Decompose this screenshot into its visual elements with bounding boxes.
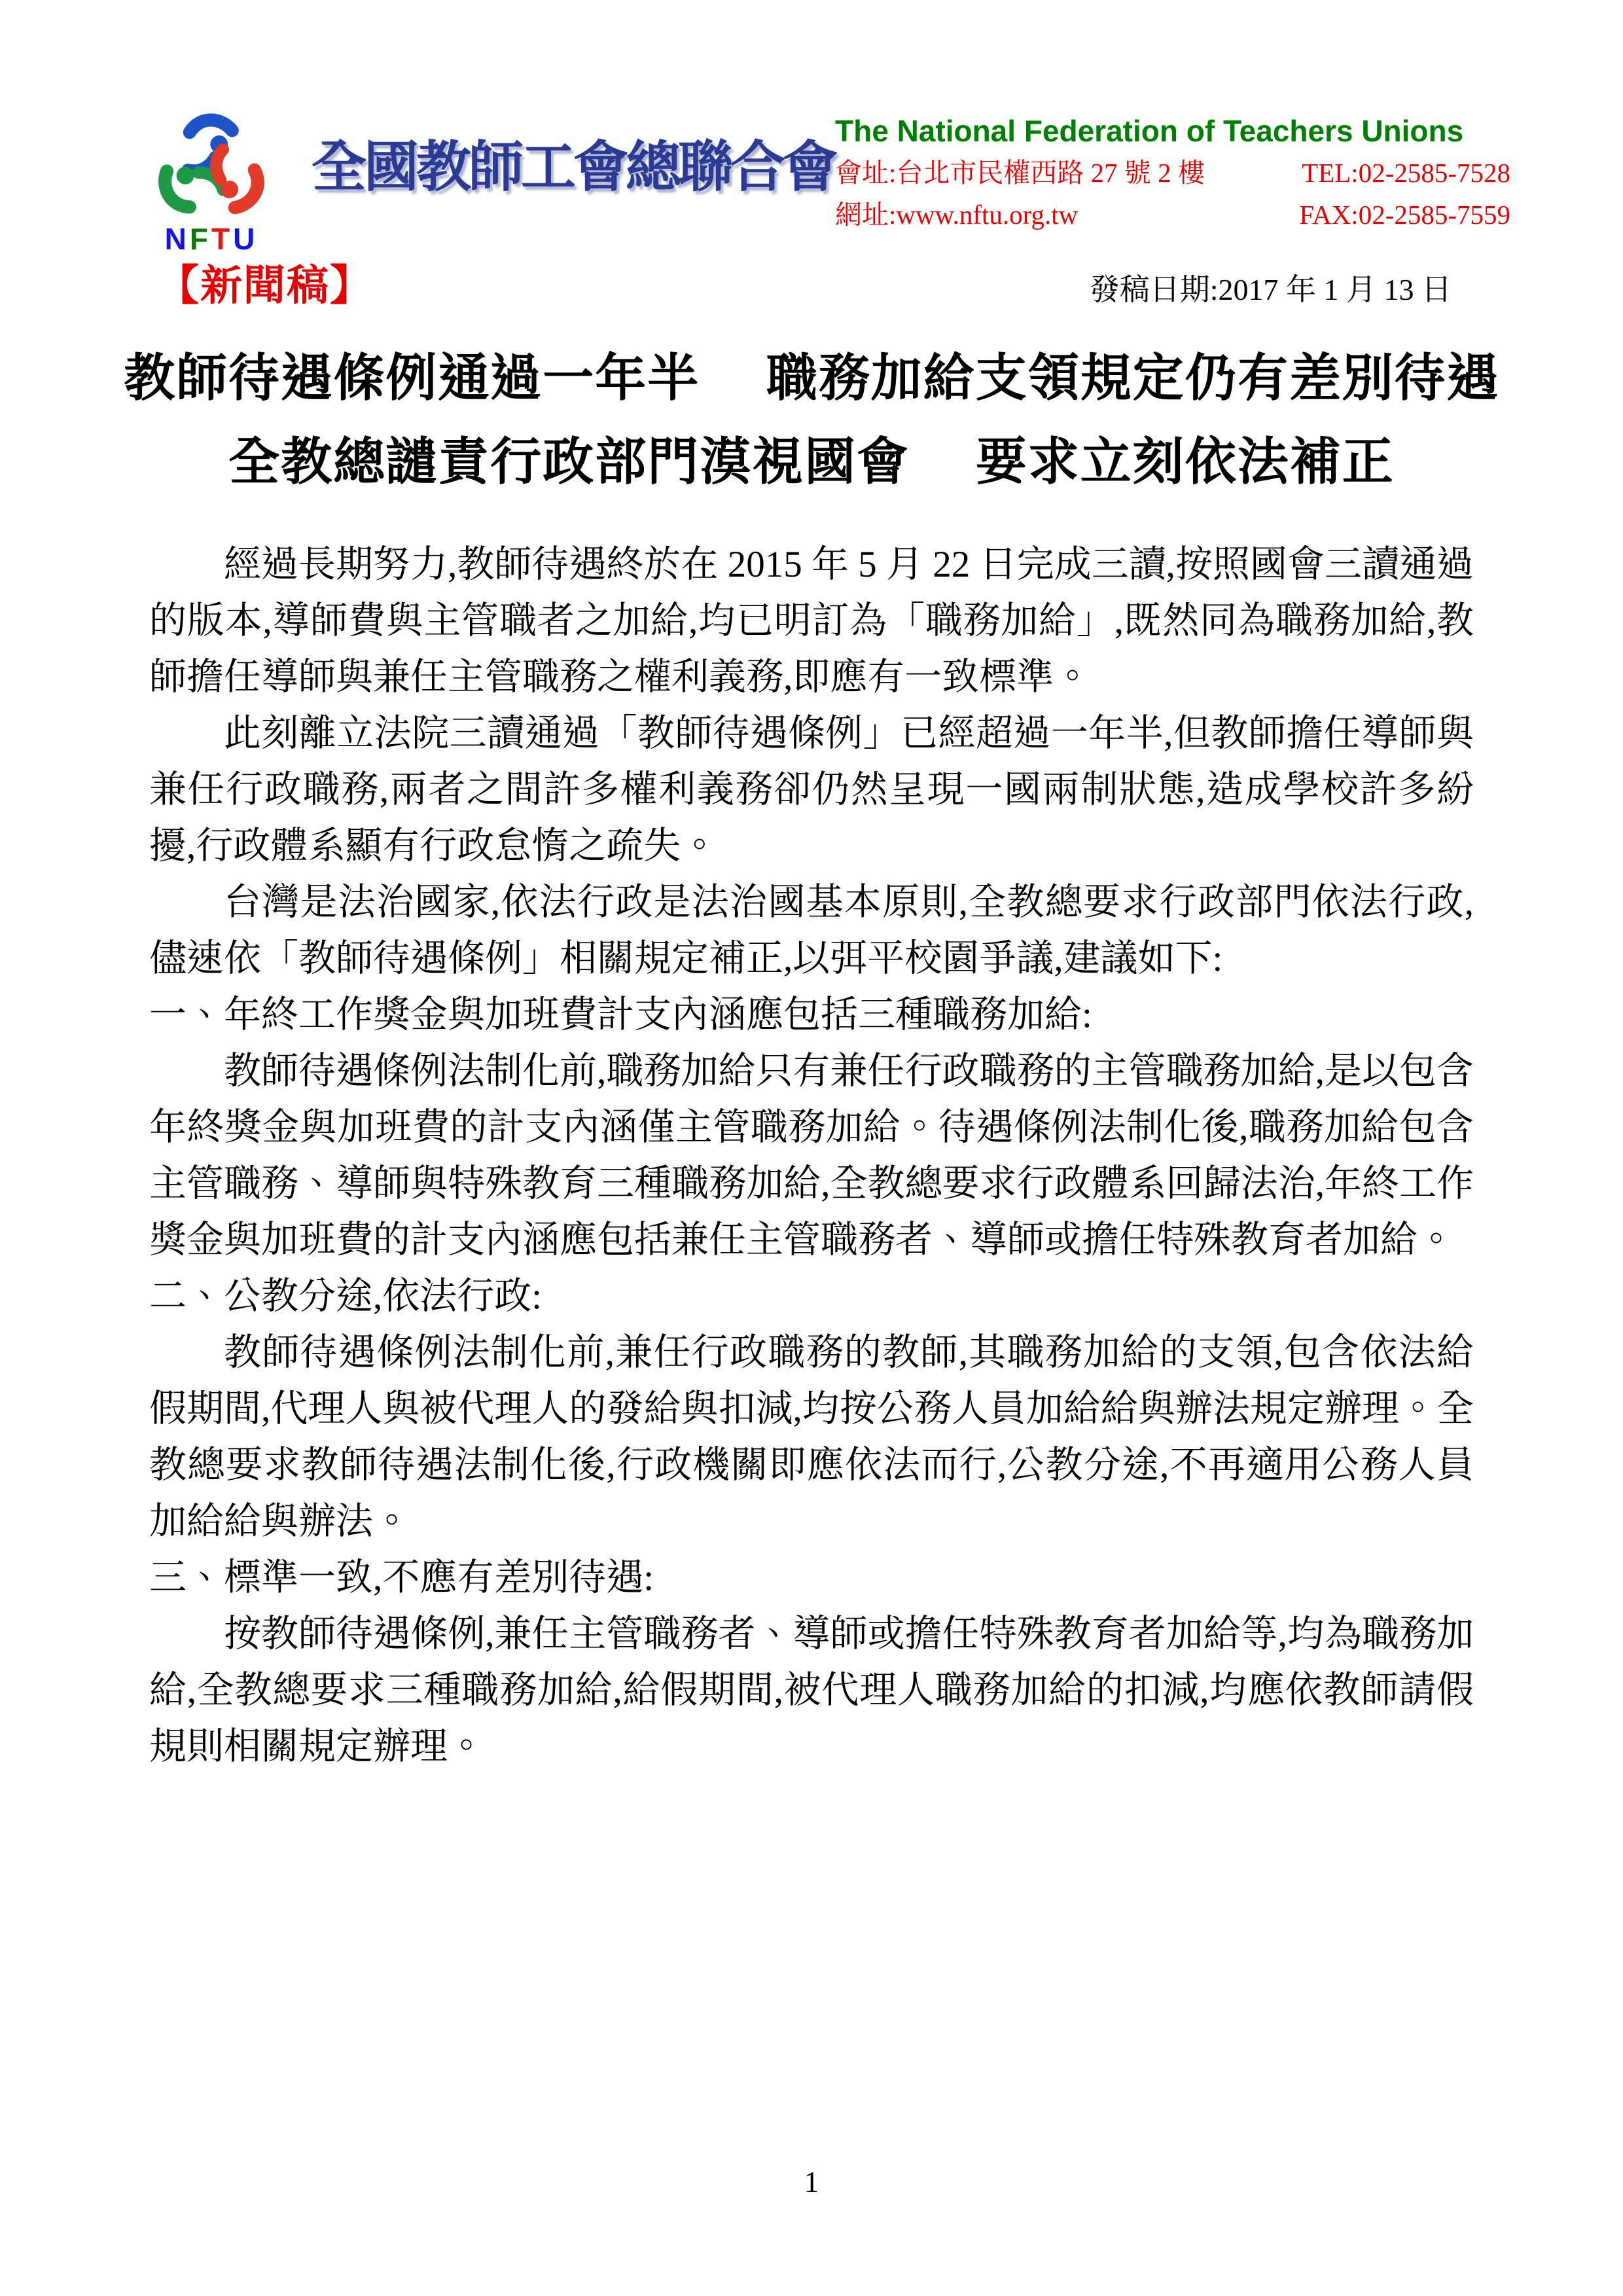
page-number: 1 (0, 2164, 1623, 2199)
section-heading-1: 一、年終工作獎金與加班費計支內涵應包括三種職務加給: (149, 987, 1474, 1043)
org-name-english: The National Federation of Teachers Unio… (835, 115, 1510, 147)
contact-address: 會址:台北市民權西路 27 號 2 樓 (835, 158, 1205, 188)
body-text: 經過長期努力,教師待遇終於在 2015 年 5 月 22 日完成三讀,按照國會三… (149, 537, 1474, 1775)
paragraph-4: 教師待遇條例法制化前,職務加給只有兼任行政職務的主管職務加給,是以包含年終獎金與… (149, 1043, 1474, 1268)
paragraph-5: 教師待遇條例法制化前,兼任行政職務的教師,其職務加給的支領,包含依法給假期間,代… (149, 1325, 1474, 1550)
nftu-letter-u: U (233, 222, 258, 256)
headline-line-2: 全教總譴責行政部門漠視國會 要求立刻依法補正 (0, 420, 1623, 504)
contact-website: 網址:www.nftu.org.tw (835, 200, 1078, 230)
paragraph-3: 台灣是法治國家,依法行政是法治國基本原則,全教總要求行政部門依法行政,儘速依「教… (149, 874, 1474, 987)
paragraph-2: 此刻離立法院三讀通過「教師待遇條例」已經超過一年半,但教師擔任導師與兼任行政職務… (149, 706, 1474, 874)
press-release-page: NFTU 全國教師工會總聯合會 The National Federation … (0, 0, 1623, 2296)
nftu-letter-n: N (165, 222, 190, 256)
nftu-logo: NFTU (143, 113, 280, 254)
section-heading-3: 三、標準一致,不應有差別待遇: (149, 1550, 1474, 1606)
contact-row-2: 網址:www.nftu.org.tw FAX:02-2585-7559 (835, 200, 1510, 230)
doc-type-badge: 【新聞稿】 (157, 263, 373, 309)
contact-row-1: 會址:台北市民權西路 27 號 2 樓 TEL:02-2585-7528 (835, 158, 1510, 188)
paragraph-6: 按教師待遇條例,兼任主管職務者、導師或擔任特殊教育者加給等,均為職務加給,全教總… (149, 1606, 1474, 1775)
header: NFTU 全國教師工會總聯合會 The National Federation … (0, 0, 1623, 254)
contact-tel: TEL:02-2585-7528 (1302, 158, 1510, 188)
headline: 教師待遇條例通過一年半 職務加給支領規定仍有差別待遇 全教總譴責行政部門漠視國會… (0, 336, 1623, 504)
meta-row: 【新聞稿】 發稿日期:2017 年 1 月 13 日 (0, 254, 1623, 309)
nftu-logo-icon (147, 113, 276, 223)
paragraph-1: 經過長期努力,教師待遇終於在 2015 年 5 月 22 日完成三讀,按照國會三… (149, 537, 1474, 706)
headline-line-1: 教師待遇條例通過一年半 職務加給支領規定仍有差別待遇 (0, 336, 1623, 420)
contact-block: The National Federation of Teachers Unio… (835, 113, 1510, 231)
nftu-letter-f: F (190, 222, 211, 256)
org-name-chinese: 全國教師工會總聯合會 (312, 123, 835, 202)
section-heading-2: 二、公教分途,依法行政: (149, 1268, 1474, 1325)
contact-fax: FAX:02-2585-7559 (1299, 200, 1510, 230)
release-date: 發稿日期:2017 年 1 月 13 日 (1090, 274, 1452, 307)
nftu-letter-t: T (211, 222, 233, 256)
nftu-acronym: NFTU (143, 224, 280, 254)
